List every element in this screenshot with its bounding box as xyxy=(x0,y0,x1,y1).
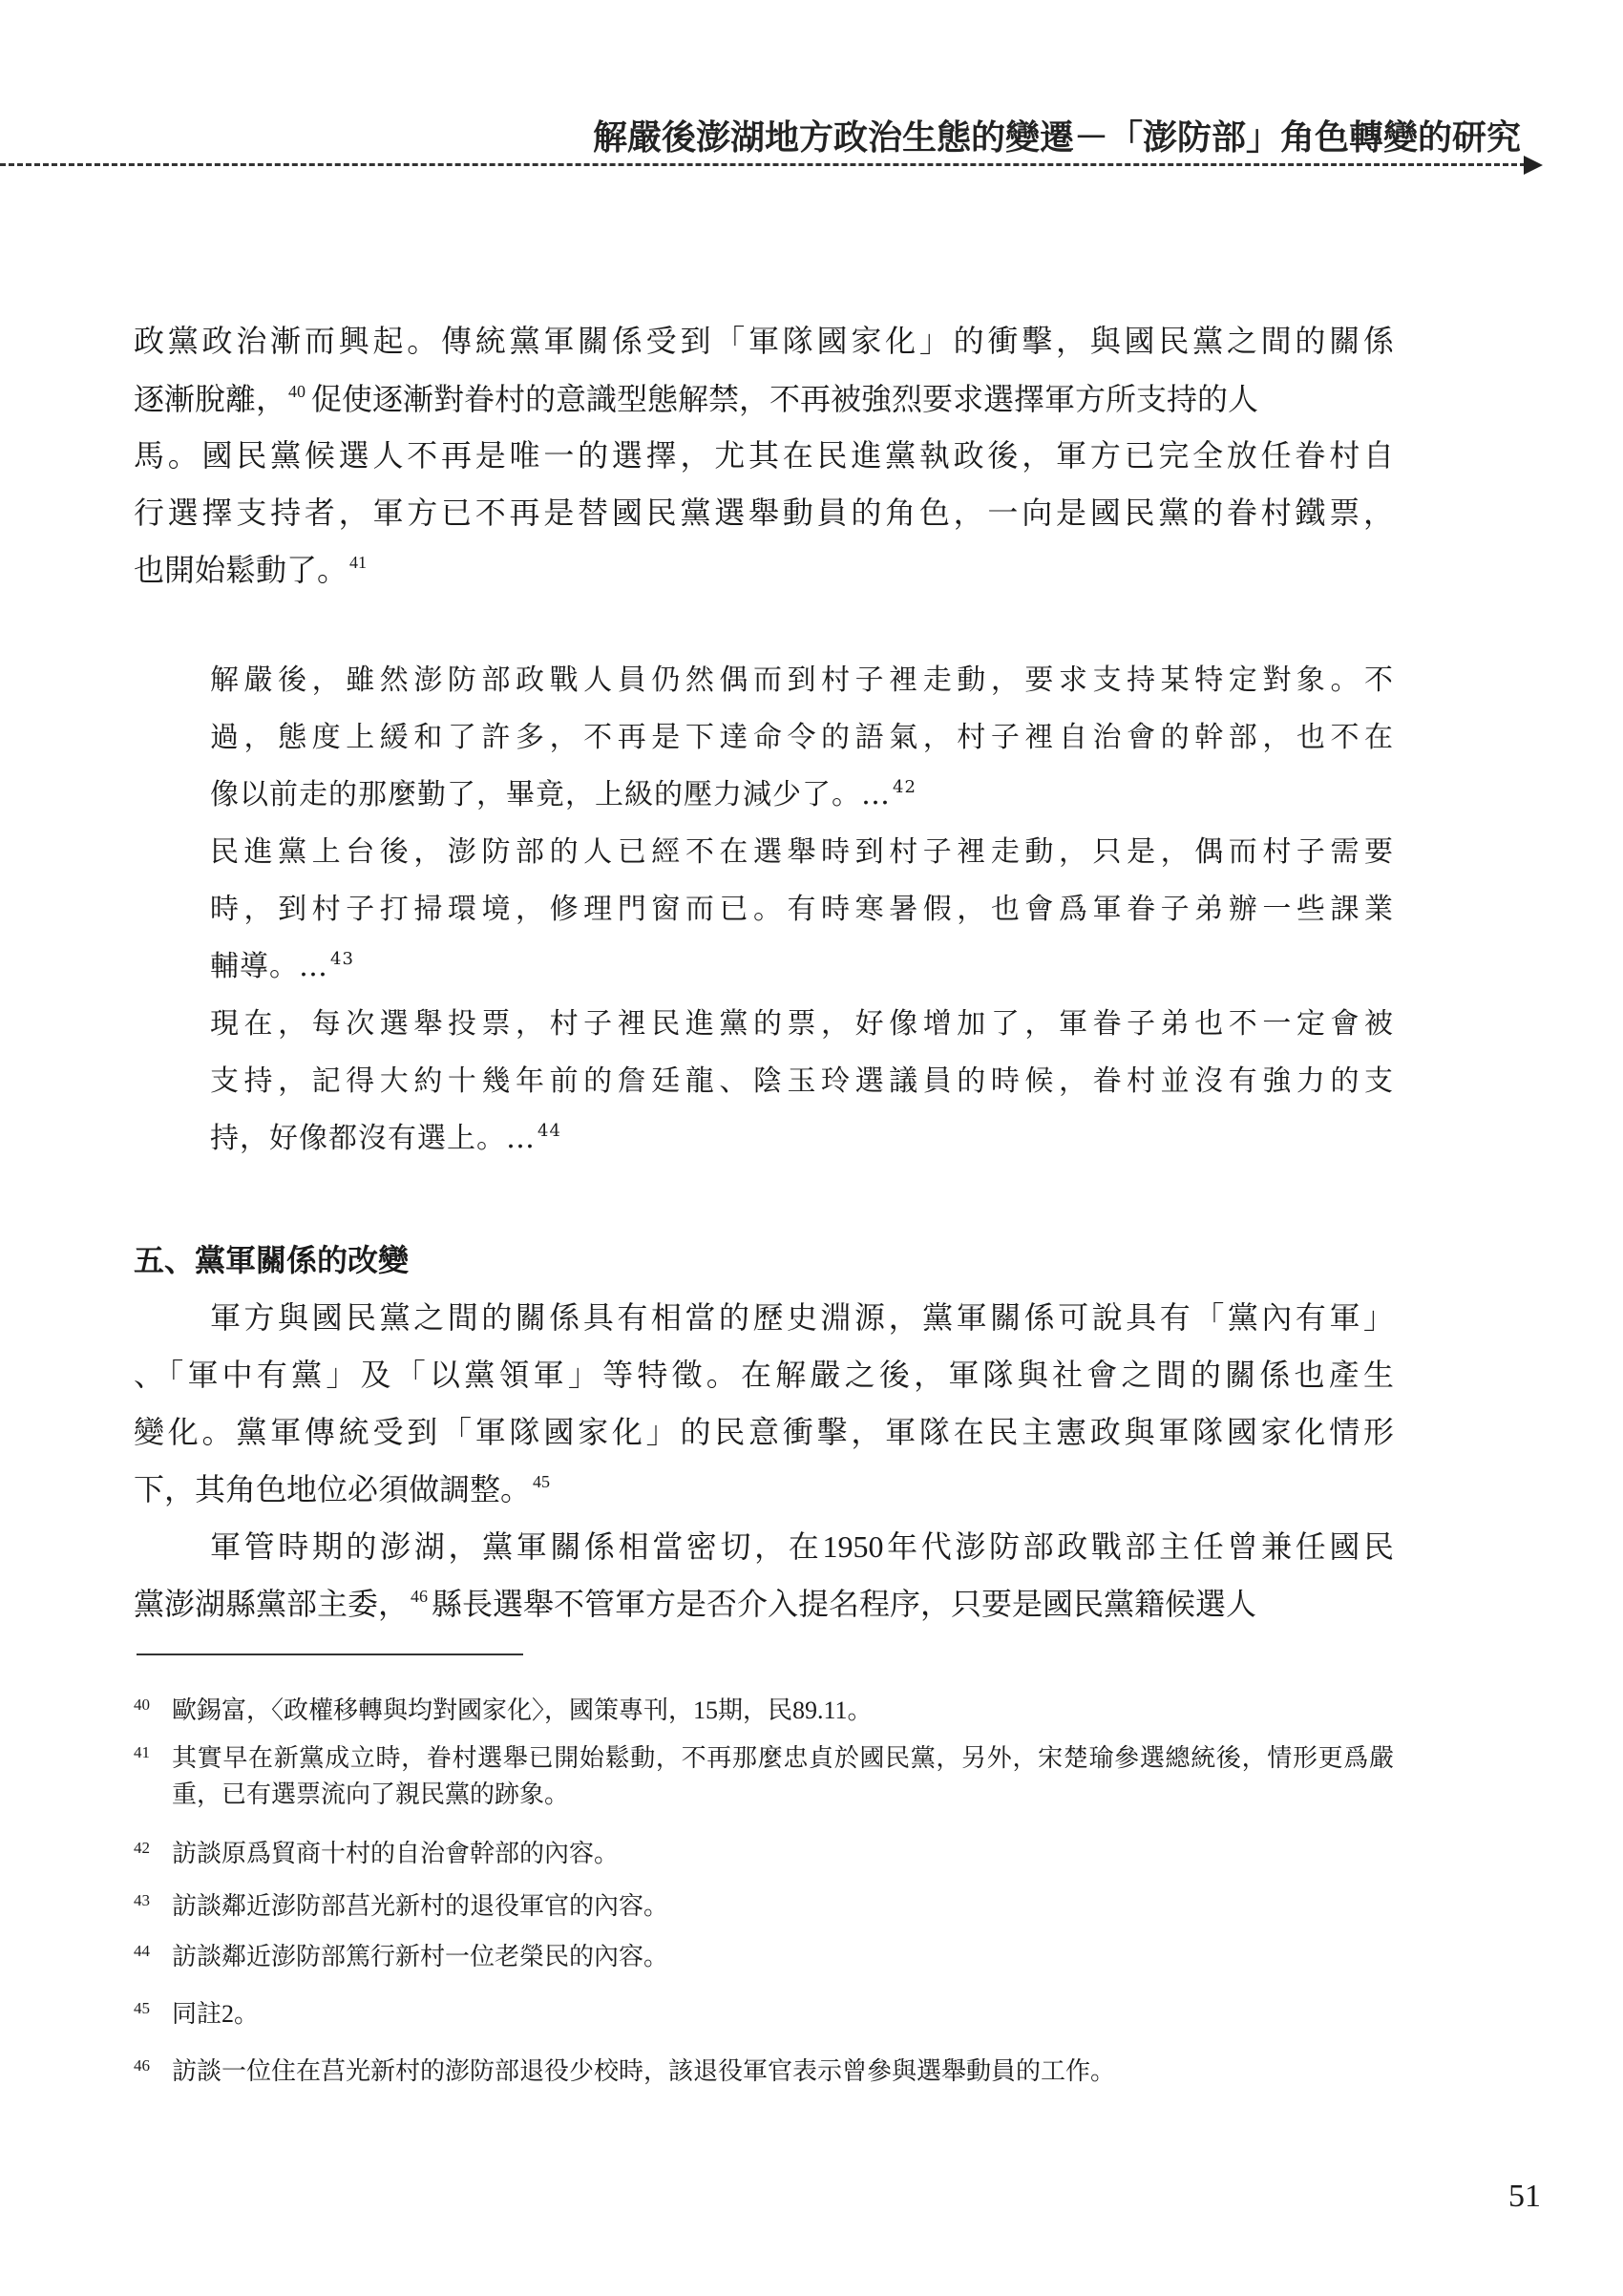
footnote-ref-41[interactable]: 41 xyxy=(349,553,367,572)
footnote-ref-45[interactable]: 45 xyxy=(533,1472,550,1491)
footnote-number: 42 xyxy=(134,1830,172,1866)
footnote-ref-44[interactable]: 44 xyxy=(537,1121,561,1141)
body-line: 黨澎湖縣黨部主委，46縣長選舉不管軍方是否介入提名程序，只要是國民黨籍候選人 xyxy=(134,1585,1394,1623)
footnote-text: 同註2。 xyxy=(172,1996,1394,2033)
footnote-number: 45 xyxy=(134,1991,172,2027)
footnote-ref-43[interactable]: 43 xyxy=(330,949,354,969)
footnote-40: 40 歐錫富，〈政權移轉與均對國家化〉，國策專刊，15期，民89.11。 xyxy=(134,1693,1394,1729)
body-line: 軍方與國民黨之間的關係具有相當的歷史淵源，黨軍關係可說具有「黨內有軍」 xyxy=(210,1298,1394,1337)
footnote-number: 41 xyxy=(134,1735,172,1807)
body-text: 逐漸脫離， xyxy=(134,382,286,416)
footnote-text: 歐錫富，〈政權移轉與均對國家化〉，國策專刊，15期，民89.11。 xyxy=(172,1693,1394,1729)
footnote-46: 46 訪談一位住在莒光新村的澎防部退役少校時，該退役軍官表示曾參與選舉動員的工作… xyxy=(134,2054,1394,2090)
body-line: 下，其角色地位必須做調整。45 xyxy=(134,1470,1394,1508)
body-line: 行選擇支持者，軍方已不再是替國民黨選舉動員的角色，一向是國民黨的眷村鐵票， xyxy=(134,494,1394,532)
footnote-text: 訪談鄰近澎防部莒光新村的退役軍官的內容。 xyxy=(172,1888,1394,1925)
body-text: 促使逐漸對眷村的意識型態解禁，不再被強烈要求選擇軍方所支持的人 xyxy=(311,382,1258,416)
footnote-number: 44 xyxy=(134,1933,172,1970)
footnote-number: 43 xyxy=(134,1883,172,1919)
body-text: 下，其角色地位必須做調整。 xyxy=(134,1472,531,1506)
quote-line: 解嚴後，雖然澎防部政戰人員仍然偶而到村子裡走動，要求支持某特定對象。不 xyxy=(210,662,1394,700)
header-dashed-rule xyxy=(0,163,1526,166)
footnote-separator xyxy=(137,1654,523,1655)
section-heading: 五、黨軍關係的改變 xyxy=(134,1241,409,1279)
footnote-41: 41 其實早在新黨成立時，眷村選舉已開始鬆動，不再那麼忠貞於國民黨，另外，宋楚瑜… xyxy=(134,1740,1394,1813)
page-number: 51 xyxy=(1508,2179,1541,2215)
body-line: 變化。黨軍傳統受到「軍隊國家化」的民意衝擊，軍隊在民主憲政與軍隊國家化情形 xyxy=(134,1413,1394,1451)
header-arrow-icon xyxy=(1524,156,1543,175)
quote-line: 像以前走的那麼勤了，畢竟，上級的壓力減少了。…42 xyxy=(210,776,1394,814)
footnote-text: 訪談鄰近澎防部篤行新村一位老榮民的內容。 xyxy=(172,1939,1394,1975)
footnote-ref-46[interactable]: 46 xyxy=(411,1587,428,1606)
footnote-text: 其實早在新黨成立時，眷村選舉已開始鬆動，不再那麼忠貞於國民黨，另外，宋楚瑜參選總… xyxy=(172,1740,1394,1813)
footnote-number: 46 xyxy=(134,2048,172,2084)
quote-line: 輔導。…43 xyxy=(210,948,1394,986)
quote-text: 持，好像都沒有選上。… xyxy=(210,1122,536,1155)
body-text: 黨澎湖縣黨部主委， xyxy=(134,1587,409,1621)
quote-line: 時，到村子打掃環境，修理門窗而已。有時寒暑假，也會爲軍眷子弟辦一些課業 xyxy=(210,891,1394,929)
footnote-number: 40 xyxy=(134,1687,172,1723)
footnote-45: 45 同註2。 xyxy=(134,1996,1394,2033)
footnote-ref-42[interactable]: 42 xyxy=(893,777,917,797)
body-text: 也開始鬆動了。 xyxy=(134,553,348,587)
running-header-title: 解嚴後澎湖地方政治生態的變遷－「澎防部」角色轉變的研究 xyxy=(593,118,1521,158)
footnote-text: 訪談一位住在莒光新村的澎防部退役少校時，該退役軍官表示曾參與選舉動員的工作。 xyxy=(172,2054,1394,2090)
footnote-42: 42 訪談原爲貿商十村的自治會幹部的內容。 xyxy=(134,1836,1394,1872)
body-text: 縣長選舉不管軍方是否介入提名程序，只要是國民黨籍候選人 xyxy=(432,1587,1256,1621)
quote-line: 過，態度上緩和了許多，不再是下達命令的語氣，村子裡自治會的幹部，也不在 xyxy=(210,719,1394,757)
quote-line: 民進黨上台後，澎防部的人已經不在選舉時到村子裡走動，只是，偶而村子需要 xyxy=(210,833,1394,872)
quote-line: 支持，記得大約十幾年前的詹廷龍、陰玉玲選議員的時候，眷村並沒有強力的支 xyxy=(210,1063,1394,1101)
footnote-text: 訪談原爲貿商十村的自治會幹部的內容。 xyxy=(172,1836,1394,1872)
quote-line: 現在，每次選舉投票，村子裡民進黨的票，好像增加了，軍眷子弟也不一定會被 xyxy=(210,1005,1394,1043)
body-line: 軍管時期的澎湖，黨軍關係相當密切，在1950年代澎防部政戰部主任曾兼任國民 xyxy=(210,1527,1394,1566)
footnote-43: 43 訪談鄰近澎防部莒光新村的退役軍官的內容。 xyxy=(134,1888,1394,1925)
body-line: 、「軍中有黨」及「以黨領軍」等特徵。在解嚴之後，軍隊與社會之間的關係也產生 xyxy=(134,1356,1394,1394)
body-line: 逐漸脫離，40促使逐漸對眷村的意識型態解禁，不再被強烈要求選擇軍方所支持的人 xyxy=(134,380,1394,418)
quote-text: 像以前走的那麼勤了，畢竟，上級的壓力減少了。… xyxy=(210,778,891,811)
body-line: 馬。國民黨候選人不再是唯一的選擇，尤其在民進黨執政後，軍方已完全放任眷村自 xyxy=(134,436,1394,474)
body-line: 政黨政治漸而興起。傳統黨軍關係受到「軍隊國家化」的衝擊，與國民黨之間的關係 xyxy=(134,322,1394,360)
footnote-44: 44 訪談鄰近澎防部篤行新村一位老榮民的內容。 xyxy=(134,1939,1394,1975)
body-line: 也開始鬆動了。41 xyxy=(134,551,1394,589)
footnote-ref-40[interactable]: 40 xyxy=(288,382,306,401)
quote-line: 持，好像都沒有選上。…44 xyxy=(210,1120,1394,1158)
quote-text: 輔導。… xyxy=(210,950,328,983)
